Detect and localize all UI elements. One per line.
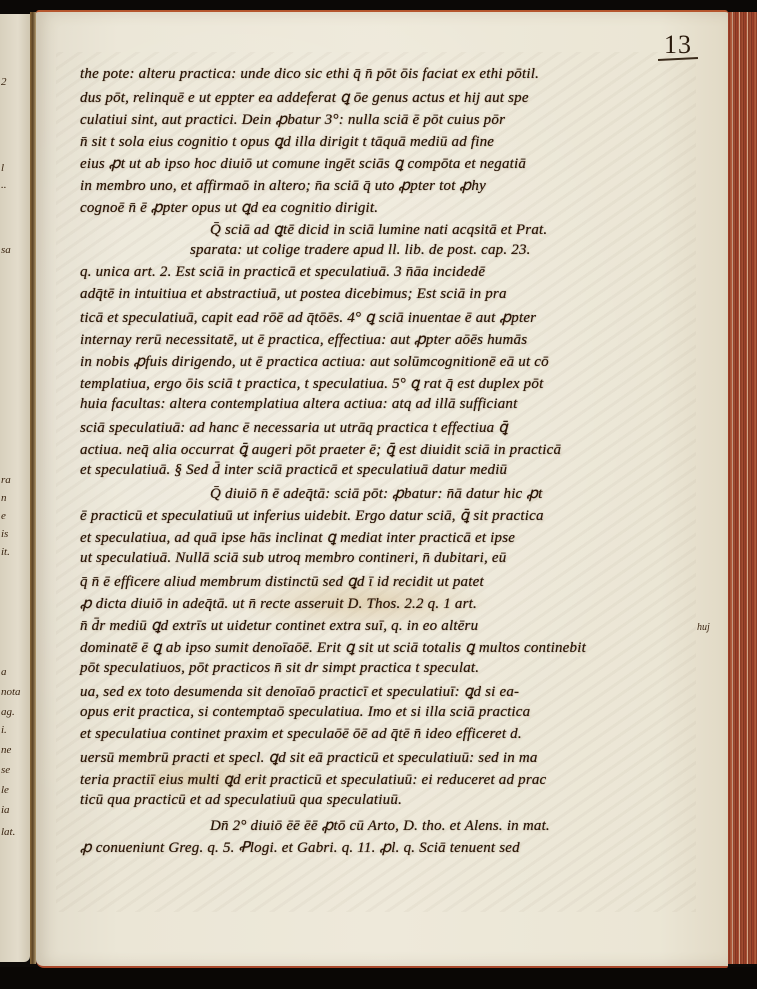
left-margin-fragment: is — [1, 528, 8, 540]
left-margin-fragment: it. — [1, 546, 10, 558]
left-page-edge: 2 l .. sa ra n e is it. a nota ag. i. ne… — [0, 14, 30, 962]
left-margin-fragment: e — [1, 510, 6, 522]
left-margin-fragment: ag. — [1, 706, 15, 718]
manuscript-line: et speculatiua, ad quā ipse hās inclinat… — [80, 528, 515, 547]
manuscript-line: sciā speculatiuā: ad hanc ē necessaria u… — [80, 418, 508, 437]
manuscript-line: in nobis ꝓfuis dirigendo, ut ē practica … — [80, 352, 549, 371]
manuscript-line: et speculatiuā. § Sed d̄ inter sciā prac… — [80, 462, 507, 479]
left-margin-fragment: ia — [1, 804, 10, 816]
manuscript-line: opus erit practica, si contemptaō specul… — [80, 704, 530, 721]
left-margin-fragment: se — [1, 764, 10, 776]
manuscript-line: ꝓ dicta diuiō in adeq̄tā. ut n̄ recte as… — [80, 594, 477, 613]
manuscript-line: Q̄ diuiō n̄ ē adeq̄tā: sciā pōt: ꝓbatur:… — [210, 484, 543, 503]
manuscript-scan: 2 l .. sa ra n e is it. a nota ag. i. ne… — [0, 0, 757, 989]
manuscript-line: ē practicū et speculatiuū ut inferius ui… — [80, 506, 544, 525]
manuscript-line: ut speculatiuā. Nullā sciā sub utroq mem… — [80, 550, 506, 567]
manuscript-line: actiua. neq̄ alia occurrat ꝗ̄ augeri pōt… — [80, 440, 561, 459]
left-margin-fragment: i. — [1, 724, 7, 736]
manuscript-line: culatiui sint, aut practici. Dein ꝓbatur… — [80, 110, 505, 129]
left-margin-fragment: 2 — [1, 76, 7, 88]
left-margin-fragment: sa — [1, 244, 11, 256]
manuscript-line: ꝓ conueniunt Greg. q. 5. Ꝓlogi. et Gabri… — [80, 838, 520, 857]
red-sprinkled-fore-edge — [728, 12, 757, 964]
manuscript-line: uersū membrū practi et specl. ꝗd sit eā … — [80, 748, 538, 767]
manuscript-line: Dn̄ 2° diuiō ēē ēē ꝓtō cū Arto, D. tho. … — [210, 816, 550, 835]
manuscript-line: templatiua, ergo ōis sciā t practica, t … — [80, 374, 543, 393]
manuscript-line: the pote: alteru practica: unde dico sic… — [80, 66, 539, 83]
manuscript-line: teria practiī eius multi ꝗd erit practic… — [80, 770, 546, 789]
manuscript-line: q̄ n̄ ē efficere aliud membrum distinctū… — [80, 572, 484, 591]
left-margin-fragment: a — [1, 666, 7, 678]
manuscript-line: n̄ d̄r mediū ꝗd extrīs ut uidetur contin… — [80, 616, 478, 635]
left-margin-fragment: ne — [1, 744, 11, 756]
scan-backdrop-bottom — [0, 967, 757, 989]
left-margin-fragment: ra — [1, 474, 11, 486]
manuscript-line: dus pōt, relinquē e ut eppter ea addefer… — [80, 88, 529, 107]
marginal-note: huj — [697, 622, 710, 633]
left-margin-fragment: le — [1, 784, 9, 796]
manuscript-line: sparata: ut colige tradere apud ll. lib.… — [190, 242, 531, 259]
manuscript-line: in membro uno, et affirmaō in altero; n̄… — [80, 176, 486, 195]
manuscript-line: internay rerū necessitatē, ut ē practica… — [80, 330, 527, 349]
manuscript-line: n̄ sit t sola eius cognitio t opus ꝗd il… — [80, 132, 494, 151]
left-margin-fragment: nota — [1, 686, 21, 698]
manuscript-line: ua, sed ex toto desumenda sit denoīaō pr… — [80, 682, 519, 701]
manuscript-line: cognoē n̄ ē ꝓpter opus ut ꝗd ea cognitio… — [80, 198, 378, 217]
manuscript-line: pōt speculatiuos, pōt practicos n̄ sit d… — [80, 660, 479, 677]
manuscript-line: q. unica art. 2. Est sciā in practicā et… — [80, 264, 485, 281]
left-margin-fragment: lat. — [1, 826, 15, 838]
folio-number: 13 — [664, 30, 692, 60]
manuscript-line: dominatē ē ꝗ ab ipso sumit denoīaōē. Eri… — [80, 638, 586, 657]
manuscript-line: Q̄ sciā ad ꝗtē dicid in sciā lumine nati… — [210, 220, 547, 239]
left-margin-fragment: l — [1, 162, 4, 174]
manuscript-line: adq̄tē in intuitiua et abstractiuā, ut p… — [80, 286, 507, 303]
manuscript-line: et speculatiua continet praxim et specul… — [80, 726, 522, 743]
manuscript-line: huia facultas: altera contemplatiua alte… — [80, 396, 517, 413]
manuscript-line: eius ꝓt ut ab ipso hoc diuiō ut comune i… — [80, 154, 526, 173]
manuscript-line: ticū qua practicū et ad speculatiuū qua … — [80, 792, 402, 809]
left-margin-fragment: n — [1, 492, 7, 504]
left-margin-fragment: .. — [1, 179, 7, 191]
manuscript-line: ticā et speculatiuā, capit ead rōē ad q̄… — [80, 308, 536, 327]
